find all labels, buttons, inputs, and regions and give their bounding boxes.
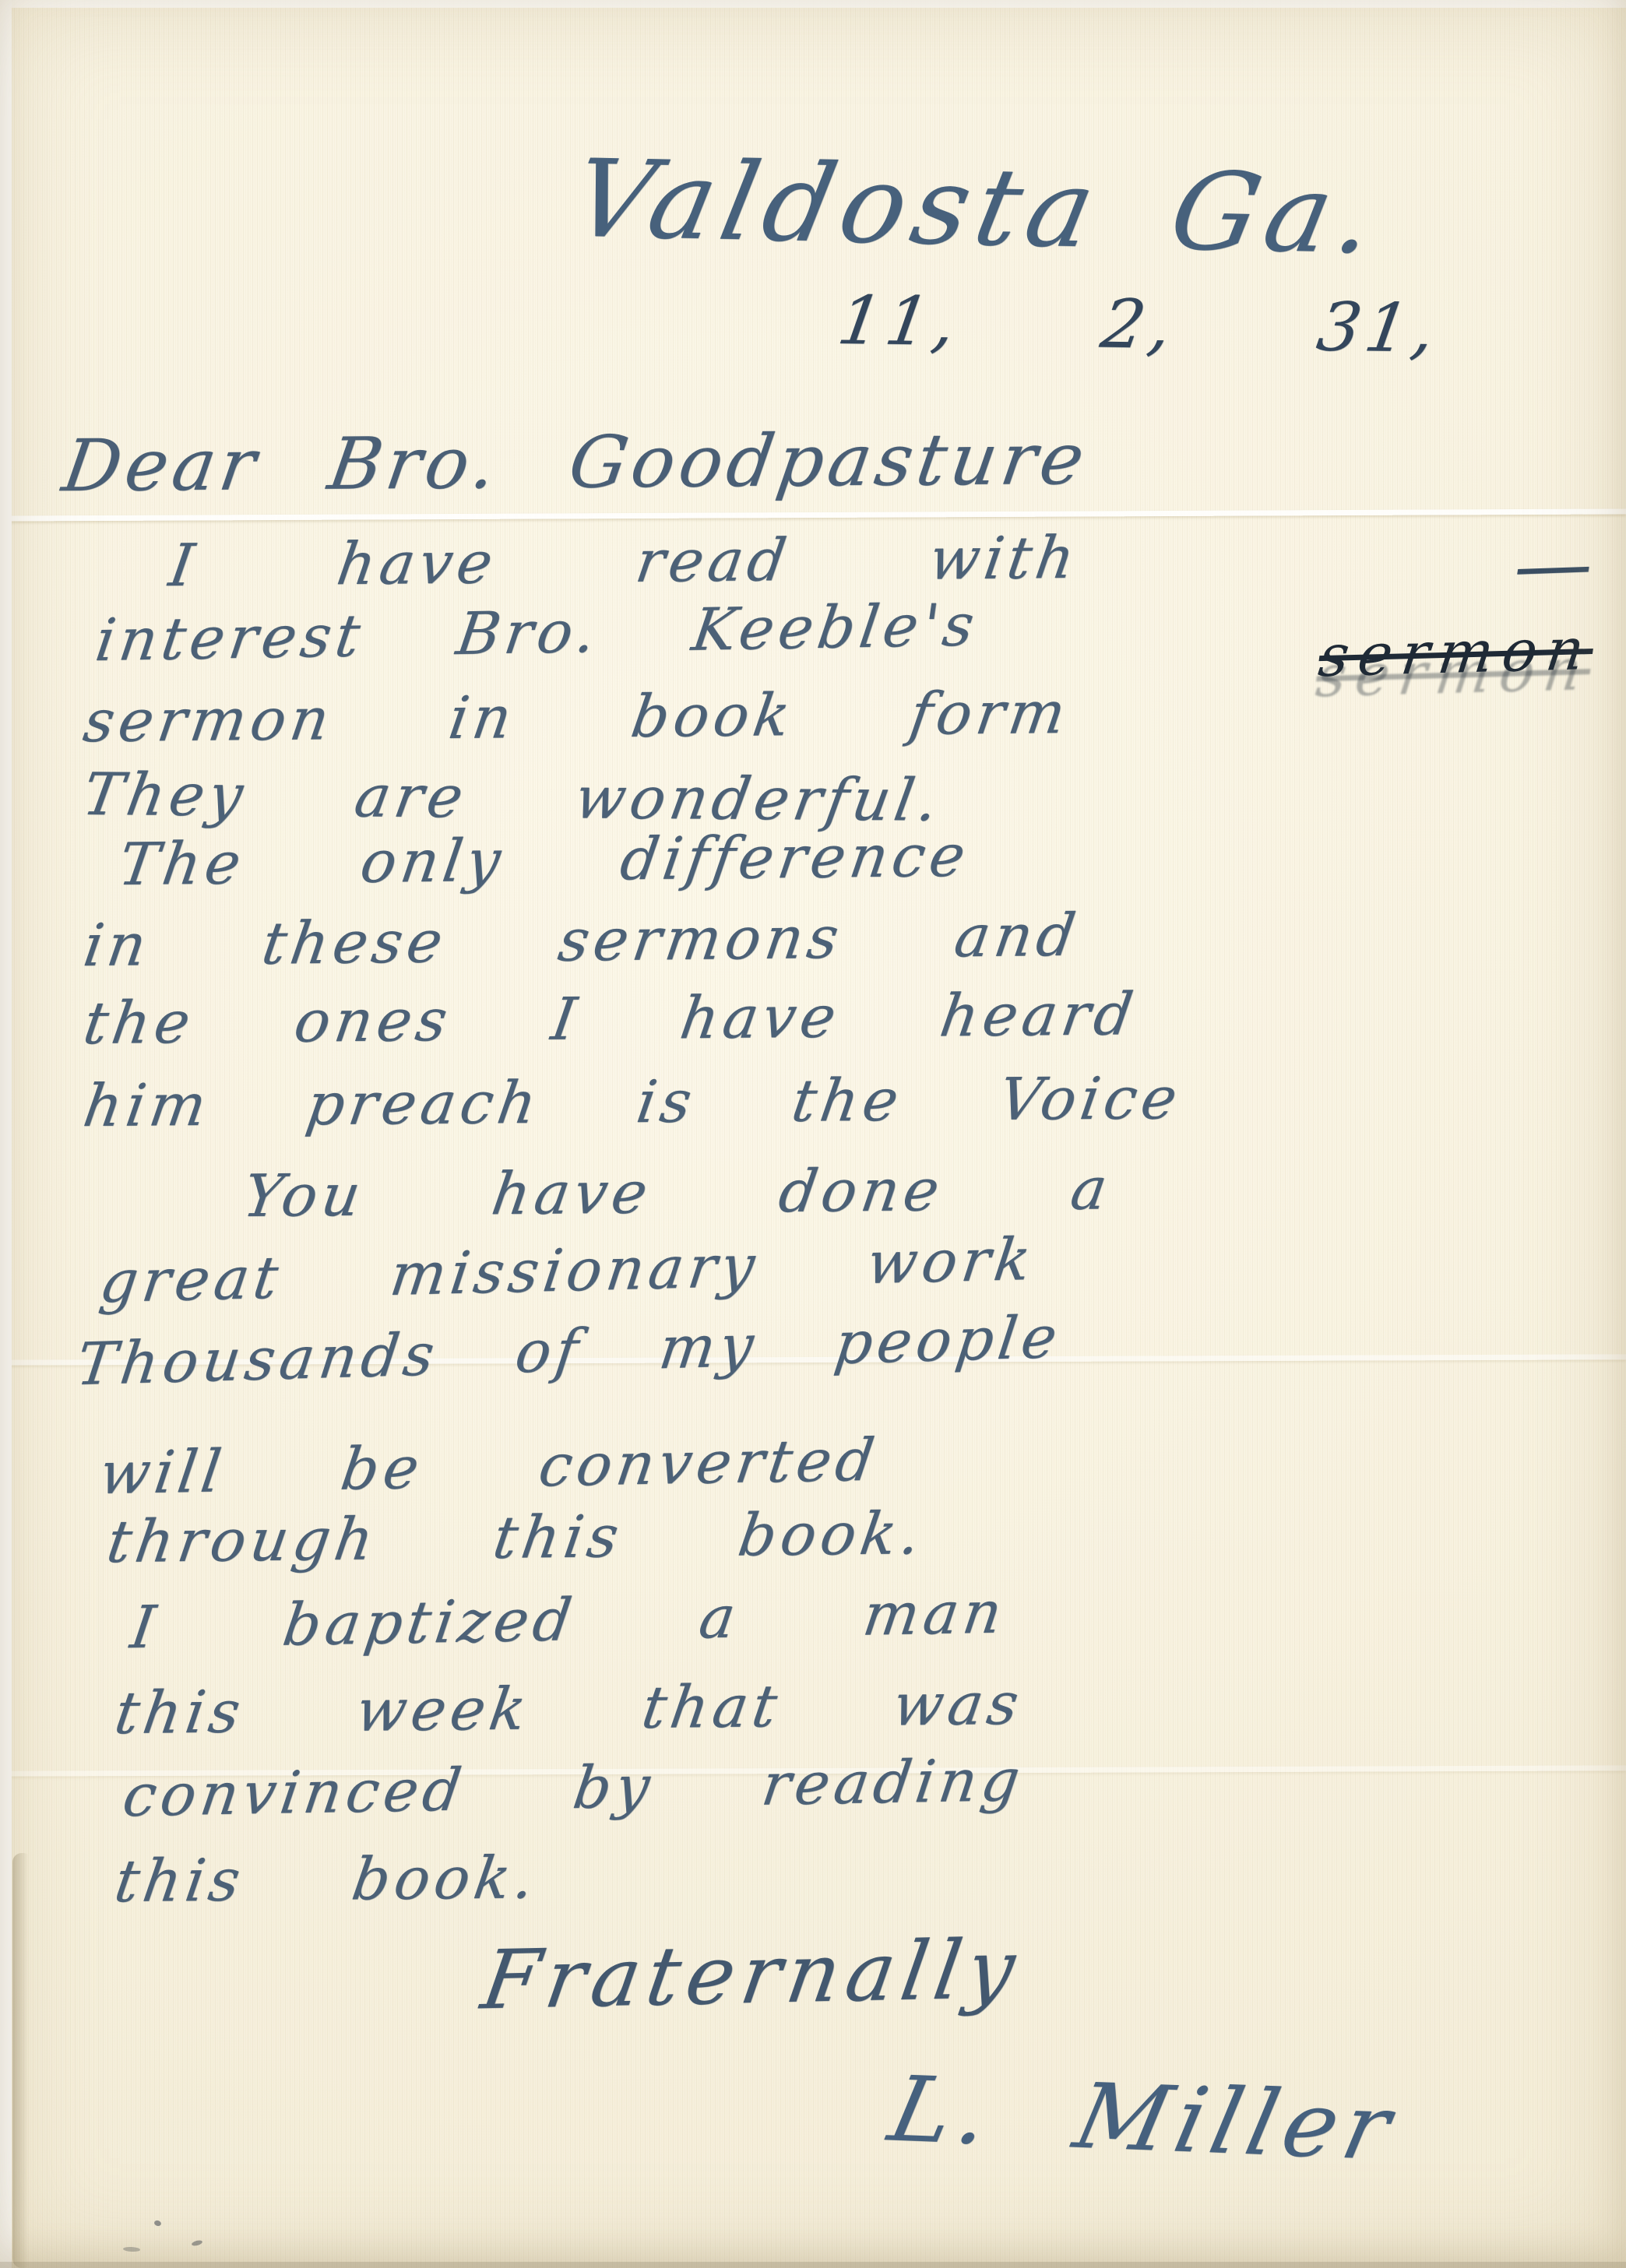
body-line: this week that was — [111, 1669, 1028, 1747]
ink-speck — [153, 2220, 162, 2228]
body-line: him preach is the Voice — [79, 1064, 1186, 1140]
body-line: will be converted — [96, 1426, 883, 1508]
body-line: The only difference — [114, 821, 974, 899]
body-line: I have read with — [165, 523, 1084, 600]
fold-crease-bottom — [0, 1765, 1626, 1776]
ink-speck — [191, 2239, 202, 2246]
body-line: great missionary work — [96, 1225, 1039, 1317]
scan-edge-left — [0, 0, 12, 2268]
stray-pen-dash: — — [1512, 518, 1593, 611]
struck-out-word: sermon — [1315, 616, 1598, 691]
body-line: Thousands of my people — [73, 1303, 1066, 1399]
closing-line: Fraternally — [476, 1922, 1028, 2028]
scan-edge-top — [0, 0, 1626, 8]
body-line: interest Bro. Keeble's — [92, 590, 984, 674]
body-line: the ones I have heard — [79, 979, 1142, 1057]
body-line: They are wonderful. — [78, 760, 947, 835]
signature-line: L. Miller — [881, 2057, 1406, 2181]
body-line: You have done a — [239, 1154, 1116, 1230]
salutation-line: Dear Bro. Goodpasture — [58, 417, 1094, 508]
fold-crease-top — [0, 508, 1626, 521]
paper-texture — [0, 0, 1626, 2268]
scan-edge-bottom — [0, 2262, 1626, 2268]
heading-date: 11, 2, 31, — [833, 282, 1445, 368]
paper-vignette — [0, 0, 1626, 2268]
body-line: this book. — [111, 1843, 544, 1915]
body-line: I baptized a man — [127, 1577, 1011, 1661]
body-line: through this book. — [103, 1499, 929, 1576]
letter-page: Valdosta Ga. 11, 2, 31, Dear Bro. Goodpa… — [0, 0, 1626, 2268]
body-line: in these sermons and — [79, 901, 1084, 980]
ink-speck — [123, 2246, 140, 2252]
heading-place: Valdosta Ga. — [563, 136, 1392, 278]
page-edge-crease — [12, 1853, 33, 2268]
fold-crease-middle — [0, 1354, 1626, 1365]
body-line: convinced by reading — [119, 1746, 1029, 1830]
body-line: sermon in book form — [79, 678, 1075, 755]
